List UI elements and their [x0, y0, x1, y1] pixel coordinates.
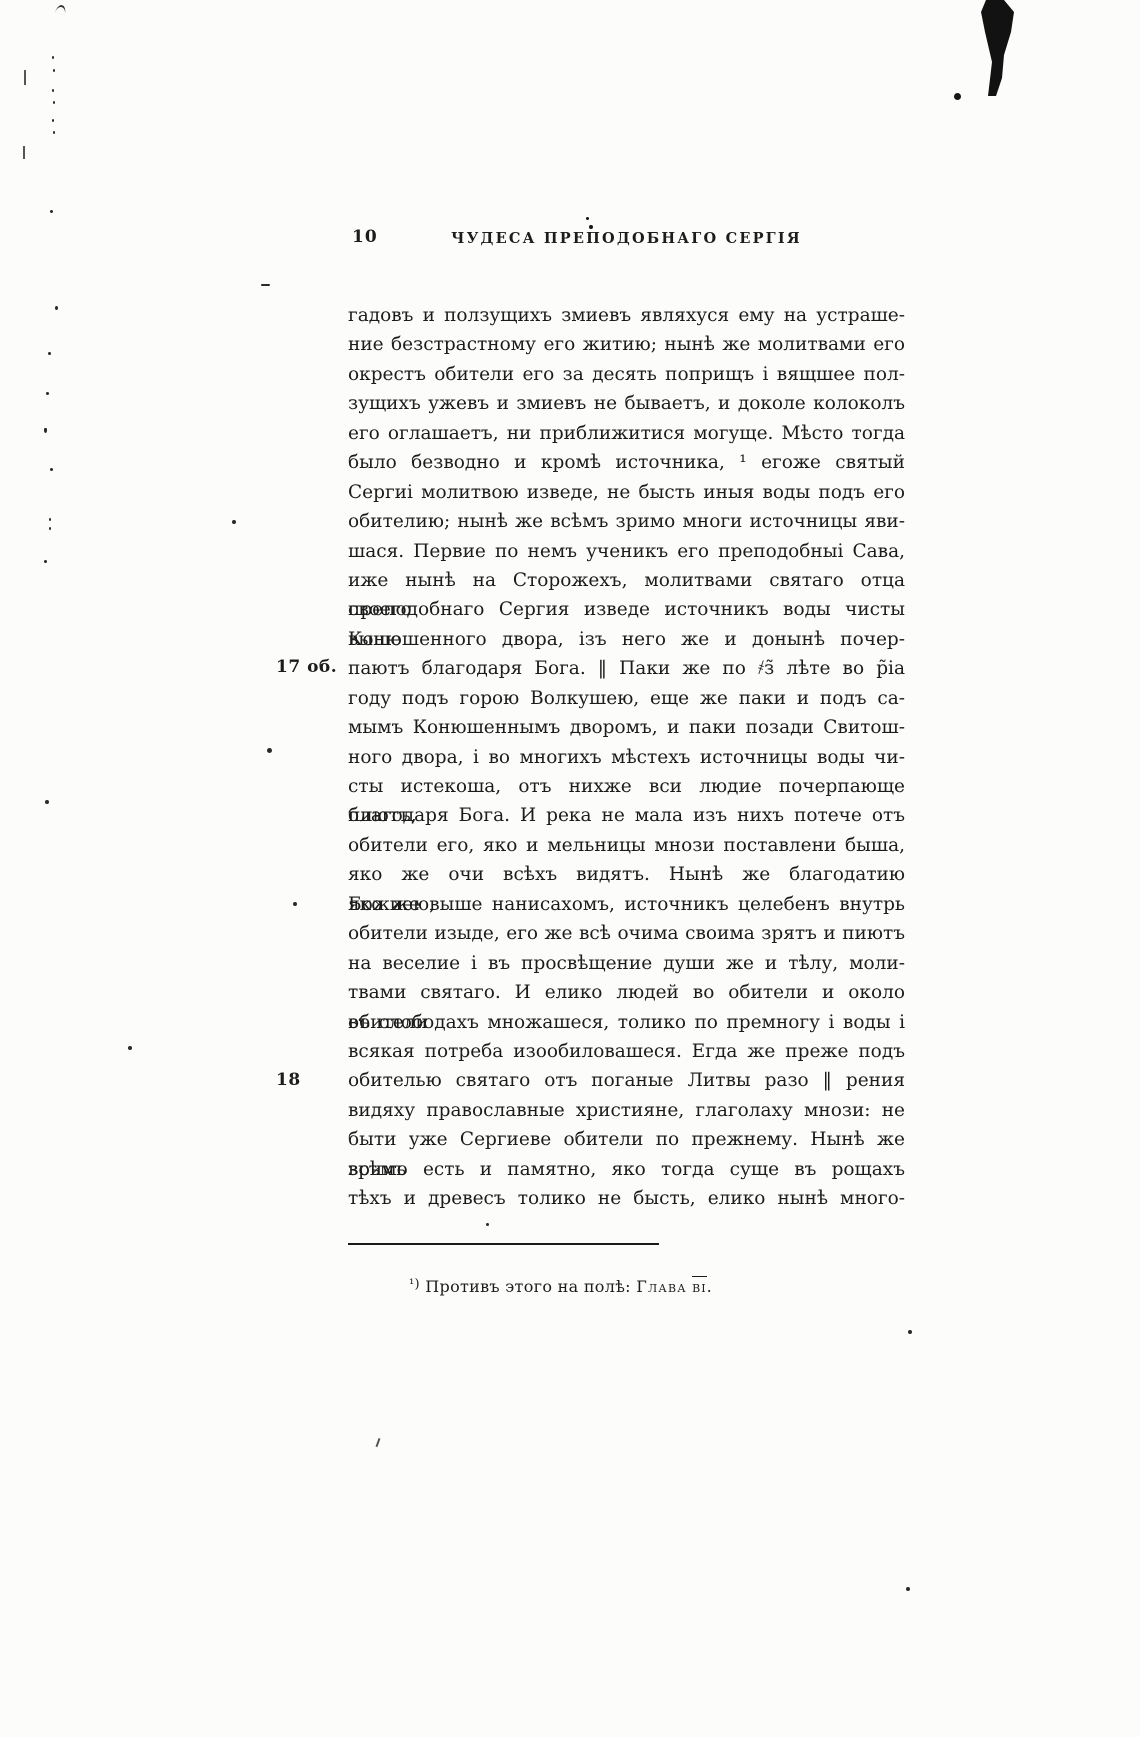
- body-line: шася. Первие по немъ ученикъ его преподо…: [348, 537, 905, 566]
- body-line: яко же выше нанисахомъ, источникъ целебе…: [348, 890, 905, 919]
- scan-speck: [52, 56, 54, 59]
- scan-speck: [486, 1223, 489, 1226]
- scan-speck: [376, 1438, 380, 1447]
- scan-speck: [53, 69, 55, 72]
- body-line: окрестъ обители его за десять поприщъ і …: [348, 360, 905, 389]
- body-line: въ слободахъ множашеся, толико по премно…: [348, 1008, 905, 1037]
- ink-dot: [954, 93, 961, 100]
- body-line: гадовъ и ползущихъ змиевъ являхуся ему н…: [348, 301, 905, 330]
- scan-speck: [23, 146, 25, 159]
- footnote: ¹) Противъ этого на полѣ: Глава ві.: [409, 1277, 712, 1296]
- body-line: Конюшенного двора, ізъ него же и донынѣ …: [348, 625, 905, 654]
- body-line: видяху православные християне, глаголаху…: [348, 1096, 905, 1125]
- scan-speck: [128, 1046, 132, 1050]
- scan-speck: [49, 527, 51, 530]
- footnote-rule: [348, 1243, 659, 1245]
- body-line: паютъ благодаря Бога. ‖ Паки же по ҂з̃ л…: [348, 654, 905, 683]
- scan-speck: [232, 520, 236, 524]
- scan-speck: [44, 428, 47, 433]
- scan-speck: [55, 306, 58, 310]
- scan-speck: [52, 89, 54, 92]
- body-line: всякая потреба изообиловашеся. Егда же п…: [348, 1037, 905, 1066]
- footnote-marker: ¹): [409, 1277, 420, 1292]
- scan-speck: [44, 560, 47, 563]
- scan-speck: [45, 800, 49, 804]
- body-line: ного двора, і во многихъ мѣстехъ источни…: [348, 743, 905, 772]
- scan-speck: [48, 352, 51, 355]
- body-line: его оглашаетъ, ни приближитися могуще. М…: [348, 419, 905, 448]
- scan-speck: [53, 101, 55, 104]
- scan-speck: [49, 518, 51, 521]
- body-line: было безводно и кромѣ источника, ¹ егоже…: [348, 448, 905, 477]
- scan-speck: [24, 70, 26, 85]
- body-line: благодаря Бога. И река не мала изъ нихъ …: [348, 801, 905, 830]
- body-line: обителью святаго отъ поганые Литвы разо …: [348, 1066, 905, 1095]
- scan-speck: [55, 4, 67, 15]
- margin-note-17ob: 17 об.: [276, 653, 337, 682]
- scan-speck: [267, 748, 272, 753]
- body-line: твами святаго. И елико людей во обители …: [348, 978, 905, 1007]
- scan-speck: [50, 210, 53, 213]
- scan-speck: [261, 284, 270, 286]
- scan-speck: [53, 131, 55, 134]
- body-line: зримо есть и памятно, яко тогда суще въ …: [348, 1155, 905, 1184]
- body-line: яко же очи всѣхъ видятъ. Нынѣ же благода…: [348, 860, 905, 889]
- ink-dots-above-header: [584, 217, 596, 231]
- body-line: ние безстрастному его житию; нынѣ же мол…: [348, 330, 905, 359]
- body-line: обители его, яко и мельницы мнози постав…: [348, 831, 905, 860]
- body-line: Сергиі молитвою изведе, не бысть иныя во…: [348, 478, 905, 507]
- body-line: иже нынѣ на Сторожехъ, молитвами святаго…: [348, 566, 905, 595]
- footnote-text: Противъ этого на полѣ:: [425, 1277, 631, 1296]
- scan-speck: [908, 1330, 912, 1334]
- corner-ink-blot: [980, 0, 1016, 100]
- body-line: быти уже Сергиеве обители по прежнему. Н…: [348, 1125, 905, 1154]
- body-line: мымъ Конюшеннымъ дворомъ, и паки позади …: [348, 713, 905, 742]
- body-text: гадовъ и ползущихъ змиевъ являхуся ему н…: [348, 301, 905, 1214]
- footnote-chapter-numeral: ві: [692, 1276, 706, 1296]
- scanned-page: 10 ЧУДЕСА ПРЕПОДОБНАГО СЕРГІЯ гадовъ и п…: [0, 0, 1140, 1737]
- margin-note-18: 18: [276, 1066, 301, 1095]
- body-line: на веселие і въ просвѣщение души же и тѣ…: [348, 949, 905, 978]
- scan-speck: [50, 468, 53, 471]
- scan-speck: [293, 902, 297, 906]
- body-line: году подъ горою Волкушею, еще же паки и …: [348, 684, 905, 713]
- running-header: ЧУДЕСА ПРЕПОДОБНАГО СЕРГІЯ: [348, 230, 905, 247]
- body-line: обителию; нынѣ же всѣмъ зримо многи исто…: [348, 507, 905, 536]
- scan-speck: [46, 392, 49, 395]
- scan-speck: [906, 1587, 910, 1591]
- body-line: обители изыде, его же всѣ очима своима з…: [348, 919, 905, 948]
- body-line: сты истекоша, отъ нихже вси людие почерп…: [348, 772, 905, 801]
- body-line: зущихъ ужевъ и змиевъ не бываетъ, и доко…: [348, 389, 905, 418]
- footnote-chapter-label: Глава: [636, 1277, 687, 1296]
- body-line: преподобнаго Сергия изведе источникъ вод…: [348, 595, 905, 624]
- footnote-period: .: [707, 1277, 712, 1296]
- body-line: тѣхъ и древесъ толико не бысть, елико ны…: [348, 1184, 905, 1213]
- scan-speck: [52, 119, 54, 122]
